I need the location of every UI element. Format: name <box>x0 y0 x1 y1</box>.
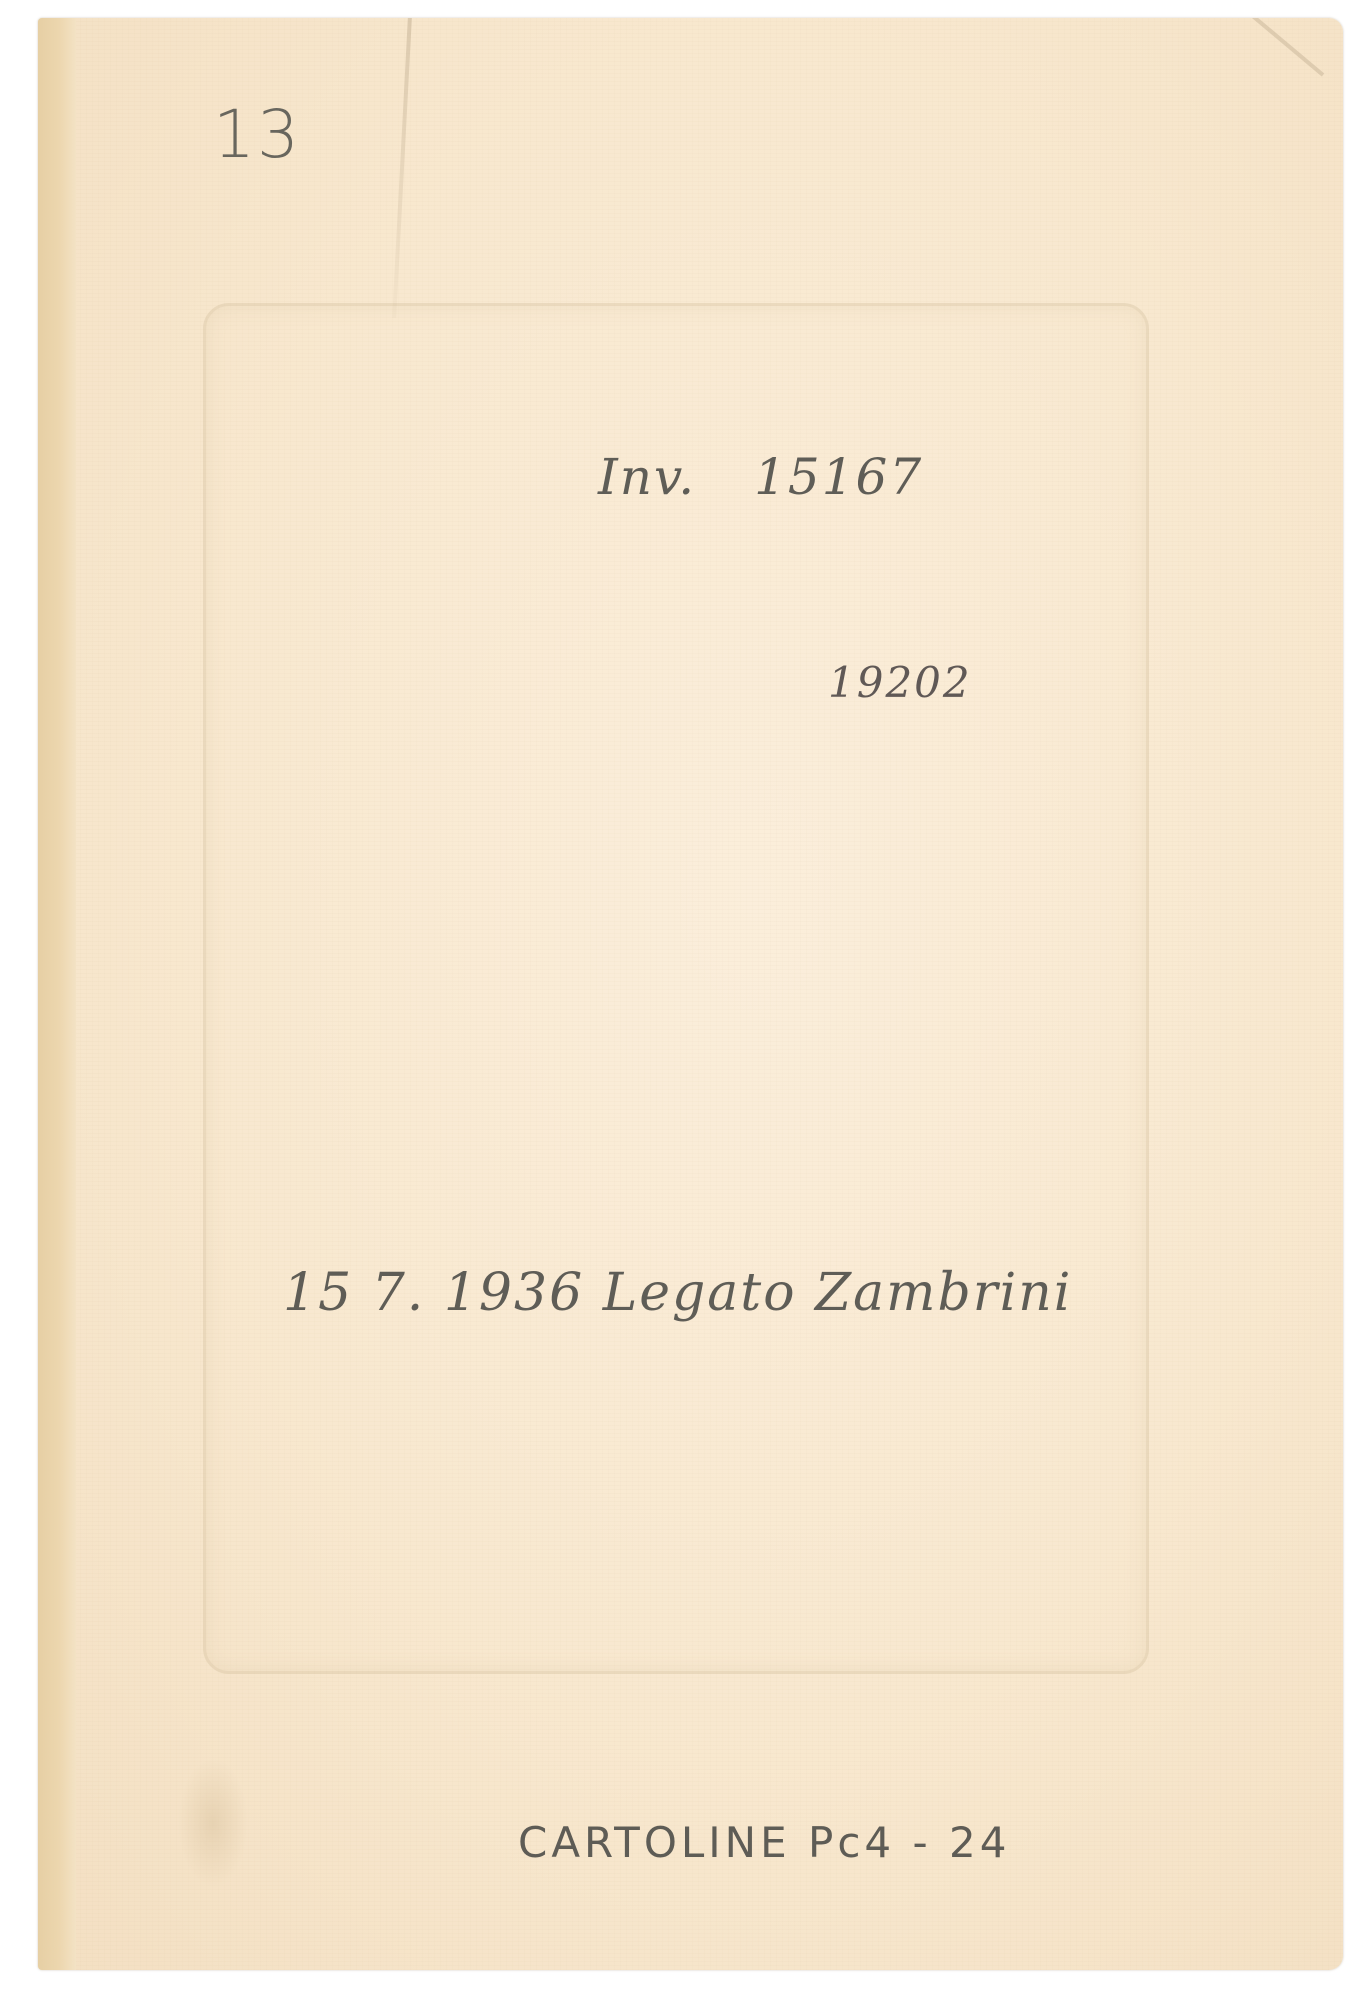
binding-strip <box>38 18 76 1970</box>
paper-stain <box>178 1758 248 1888</box>
collection-label-annotation: CARTOLINE Pc4 - 24 <box>518 1818 1010 1867</box>
acquisition-annotation: 15 7. 1936 Legato Zambrini <box>283 1263 1072 1323</box>
corner-fold <box>1237 18 1324 77</box>
inventory-prefix: Inv. <box>598 448 696 506</box>
page-number-annotation: 13 <box>213 96 301 173</box>
inventory-annotation: Inv. 15167 <box>598 448 923 506</box>
paper-crease <box>392 18 412 318</box>
embossed-frame <box>203 303 1149 1674</box>
scanned-document-page: 13 Inv. 15167 19202 15 7. 1936 Legato Za… <box>38 18 1343 1970</box>
inventory-number: 15167 <box>754 448 923 506</box>
secondary-number-annotation: 19202 <box>828 658 972 707</box>
